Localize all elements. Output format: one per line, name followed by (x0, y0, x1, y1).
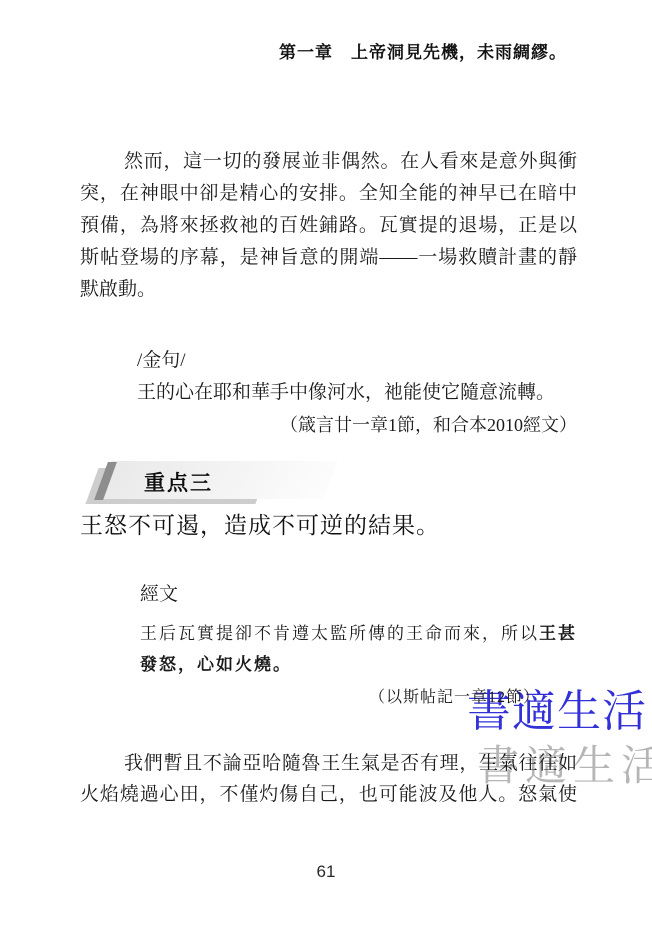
paragraph-line: 火焰燒過心田，不僅灼傷自己，也可能波及他人。怒氣使 (80, 779, 577, 810)
paragraph-2: 我們暫且不論亞哈隨魯王生氣是否有理，生氣往往如 火焰燒過心田，不僅灼傷自己，也可… (80, 748, 577, 810)
chapter-header: 第一章 上帝洞見先機，未雨綢繆。 (0, 38, 567, 63)
paragraph-line: 斯帖登場的序幕，是神旨意的開端——一場救贖計畫的靜 (80, 242, 577, 274)
scripture-text-bold: 王甚 (539, 624, 577, 643)
scripture-line: 王后瓦實提卻不肯遵太監所傳的王命而來，所以王甚 (140, 618, 592, 649)
point-badge: 重点三 (100, 461, 332, 505)
paragraph-1: 然而，這一切的發展並非偶然。在人看來是意外與衝 突，在神眼中卻是精心的安排。全知… (80, 146, 577, 306)
paragraph-line: 然而，這一切的發展並非偶然。在人看來是意外與衝 (80, 146, 577, 178)
scripture-line-bold: 發怒，心如火燒。 (140, 649, 592, 680)
paragraph-line: 默啟動。 (80, 274, 577, 306)
book-page: 第一章 上帝洞見先機，未雨綢繆。 然而，這一切的發展並非偶然。在人看來是意外與衝… (0, 0, 652, 925)
paragraph-line: 預備，為將來拯救祂的百姓鋪路。瓦實提的退場，正是以 (80, 210, 577, 242)
golden-verse-label: /金句/ (137, 345, 577, 377)
point-heading: 王怒不可遏，造成不可逆的結果。 (80, 508, 440, 542)
paragraph-line: 突，在神眼中卻是精心的安排。全知全能的神早已在暗中 (80, 178, 577, 210)
badge-label: 重点三 (144, 467, 213, 497)
golden-verse-text: 王的心在耶和華手中像河水，祂能使它隨意流轉。 (137, 377, 577, 409)
scripture-text-normal: 王后瓦實提卻不肯遵太監所傳的王命而來，所以 (140, 624, 539, 643)
scripture-block: 經文 王后瓦實提卻不肯遵太監所傳的王命而來，所以王甚 發怒，心如火燒。 （以斯帖… (140, 582, 592, 713)
scripture-reference: （以斯帖記一章12節） (140, 682, 592, 713)
page-number: 61 (0, 862, 652, 882)
scripture-label: 經文 (140, 582, 592, 608)
paragraph-line: 我們暫且不論亞哈隨魯王生氣是否有理，生氣往往如 (80, 748, 577, 779)
golden-verse-reference: （箴言廿一章1節，和合本2010經文） (137, 409, 577, 441)
golden-verse-block: /金句/ 王的心在耶和華手中像河水，祂能使它隨意流轉。 （箴言廿一章1節，和合本… (137, 345, 577, 441)
badge-background (98, 461, 338, 499)
